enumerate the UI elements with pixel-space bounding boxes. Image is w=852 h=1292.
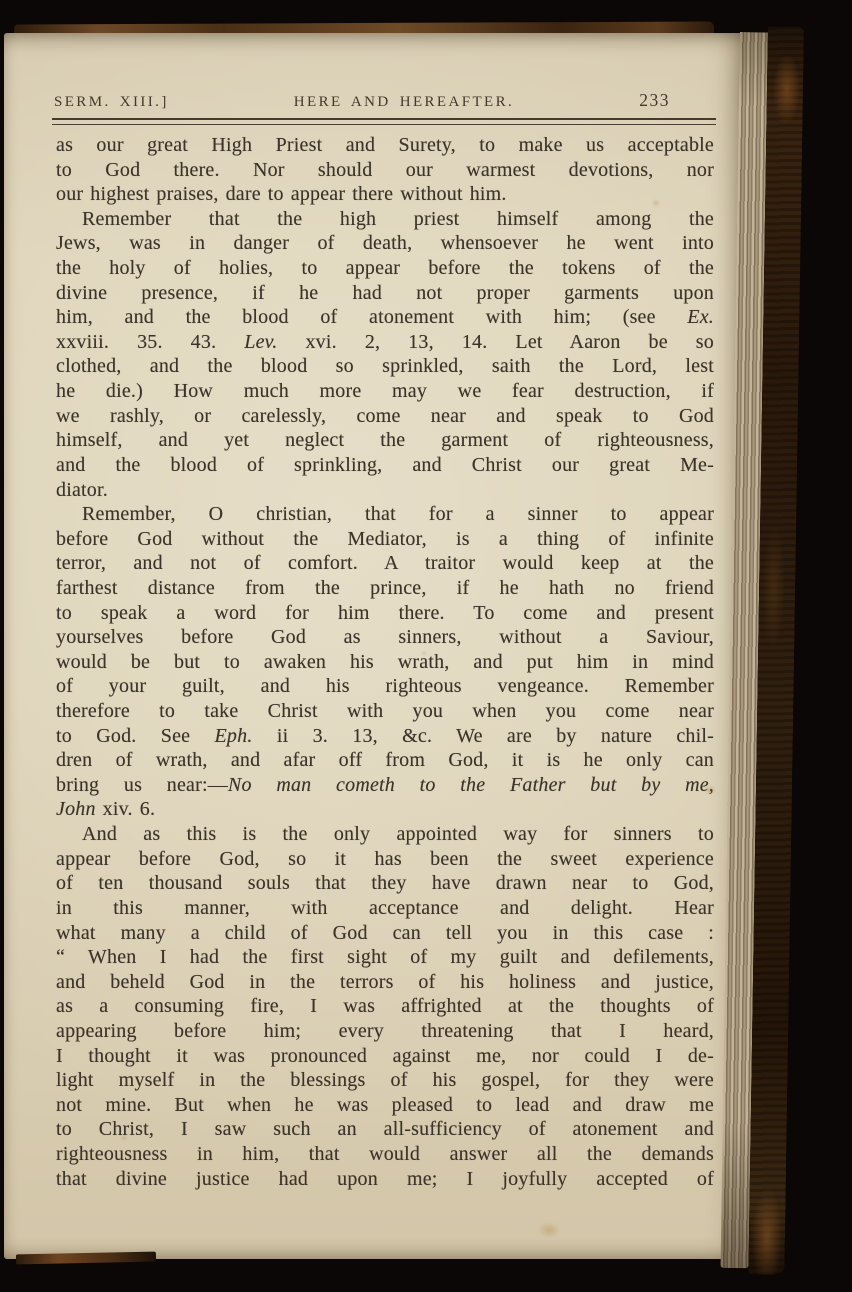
text-line: Remember that the high priest himself am…: [56, 207, 714, 232]
text-line: yourselves before God as sinners, withou…: [56, 625, 714, 650]
text-segment: xxviii. 35. 43.: [56, 331, 244, 353]
text-line: the holy of holies, to appear before the…: [56, 256, 714, 281]
text-line: clothed, and the blood so sprinkled, sai…: [56, 354, 714, 379]
text-line: appear before God, so it has been the sw…: [56, 847, 714, 872]
text-line: to Christ, I saw such an all-sufficiency…: [56, 1117, 714, 1142]
text-segment: what many a child of God can tell you in…: [56, 922, 714, 944]
text-line: himself, and yet neglect the garment of …: [56, 428, 714, 453]
text-segment: light myself in the blessings of his gos…: [56, 1069, 714, 1091]
page-lines: as our great High Priest and Surety, to …: [56, 133, 714, 1191]
header-title: HERE AND HEREAFTER.: [294, 94, 514, 111]
text-line: dren of wrath, and afar off from God, it…: [56, 748, 714, 773]
text-segment: ii 3. 13, &c. We are by nature chil-: [253, 725, 714, 747]
text-segment: diator.: [56, 479, 108, 501]
italic-text-segment: Eph.: [215, 725, 253, 747]
text-line: And as this is the only appointed way fo…: [56, 822, 714, 847]
text-segment: as a consuming fire, I was affrighted at…: [56, 995, 714, 1017]
text-segment: that divine justice had upon me; I joyfu…: [56, 1168, 714, 1190]
text-line: Remember, O christian, that for a sinner…: [56, 502, 714, 527]
text-line: to speak a word for him there. To come a…: [56, 601, 714, 626]
text-line: that divine justice had upon me; I joyfu…: [56, 1167, 714, 1192]
text-segment: as our great High Priest and Surety, to …: [56, 134, 714, 156]
text-line: therefore to take Christ with you when y…: [56, 699, 714, 724]
text-line: terror, and not of comfort. A traitor wo…: [56, 551, 714, 576]
text-line: I thought it was pronounced against me, …: [56, 1044, 714, 1069]
italic-text-segment: John: [56, 798, 96, 820]
text-segment: and the blood of sprinkling, and Christ …: [56, 454, 714, 476]
text-line: what many a child of God can tell you in…: [56, 921, 714, 946]
header-sermon-number: SERM. XIII.]: [54, 94, 169, 111]
text-segment: farthest distance from the prince, if he…: [56, 577, 714, 599]
running-header: SERM. XIII.] HERE AND HEREAFTER. 233: [54, 90, 670, 111]
text-segment: to Christ, I saw such an all-sufficiency…: [56, 1118, 714, 1140]
text-line: righteousness in him, that would answer …: [56, 1142, 714, 1167]
text-line: as our great High Priest and Surety, to …: [56, 133, 714, 158]
page-number: 233: [639, 90, 670, 111]
text-line: and the blood of sprinkling, and Christ …: [56, 453, 714, 478]
text-line: xxviii. 35. 43. Lev. xvi. 2, 13, 14. Let…: [56, 330, 714, 355]
text-line: of your guilt, and his righteous vengean…: [56, 674, 714, 699]
italic-text-segment: Ex.: [687, 306, 714, 328]
text-line: divine presence, if he had not proper ga…: [56, 281, 714, 306]
text-segment: our highest praises, dare to appear ther…: [56, 183, 507, 205]
text-line: to God there. Nor should our warmest dev…: [56, 158, 714, 183]
text-segment: appearing before him; every threatening …: [56, 1020, 714, 1042]
text-segment: in this manner, with acceptance and deli…: [56, 897, 714, 919]
text-segment: divine presence, if he had not proper ga…: [56, 282, 714, 304]
text-segment: therefore to take Christ with you when y…: [56, 700, 714, 722]
text-line: as a consuming fire, I was affrighted at…: [56, 994, 714, 1019]
text-line: of ten thousand souls that they have dra…: [56, 871, 714, 896]
text-segment: before God without the Mediator, is a th…: [56, 528, 714, 550]
text-line: appearing before him; every threatening …: [56, 1019, 714, 1044]
text-line: he die.) How much more may we fear destr…: [56, 379, 714, 404]
text-segment: he die.) How much more may we fear destr…: [56, 380, 714, 402]
text-line: Jews, was in danger of death, whensoever…: [56, 231, 714, 256]
text-segment: of your guilt, and his righteous vengean…: [56, 675, 714, 697]
text-segment: And as this is the only appointed way fo…: [82, 823, 714, 845]
text-segment: xvi. 2, 13, 14. Let Aaron be so: [277, 331, 714, 353]
text-segment: to speak a word for him there. To come a…: [56, 602, 714, 624]
text-line: John xiv. 6.: [56, 797, 714, 822]
text-segment: clothed, and the blood so sprinkled, sai…: [56, 355, 714, 377]
text-line: him, and the blood of atonement with him…: [56, 305, 714, 330]
text-segment: terror, and not of comfort. A traitor wo…: [56, 552, 714, 574]
text-segment: dren of wrath, and afar off from God, it…: [56, 749, 714, 771]
text-line: not mine. But when he was pleased to lea…: [56, 1093, 714, 1118]
text-segment: righteousness in him, that would answer …: [56, 1143, 714, 1165]
text-segment: would be but to awaken his wrath, and pu…: [56, 651, 714, 673]
text-line: and beheld God in the terrors of his hol…: [56, 970, 714, 995]
text-segment: to God there. Nor should our warmest dev…: [56, 159, 714, 181]
text-segment: to God. See: [56, 725, 215, 747]
text-segment: Remember that the high priest himself am…: [82, 208, 714, 230]
text-segment: himself, and yet neglect the garment of …: [56, 429, 714, 451]
header-double-rule: [52, 118, 716, 125]
text-segment: Jews, was in danger of death, whensoever…: [56, 232, 714, 254]
text-line: farthest distance from the prince, if he…: [56, 576, 714, 601]
text-segment: Remember, O christian, that for a sinner…: [82, 503, 714, 525]
text-segment: of ten thousand souls that they have dra…: [56, 872, 714, 894]
text-line: light myself in the blessings of his gos…: [56, 1068, 714, 1093]
text-segment: I thought it was pronounced against me, …: [56, 1045, 714, 1067]
text-segment: xiv. 6.: [96, 798, 155, 820]
text-segment: him, and the blood of atonement with him…: [56, 306, 687, 328]
text-segment: we rashly, or carelessly, come near and …: [56, 405, 714, 427]
text-line: “ When I had the first sight of my guilt…: [56, 945, 714, 970]
text-line: before God without the Mediator, is a th…: [56, 527, 714, 552]
text-segment: bring us near:—: [56, 774, 228, 796]
text-segment: and beheld God in the terrors of his hol…: [56, 971, 714, 993]
cover-corner-sliver: [16, 1252, 156, 1265]
text-segment: “ When I had the first sight of my guilt…: [56, 946, 714, 968]
text-line: to God. See Eph. ii 3. 13, &c. We are by…: [56, 724, 714, 749]
italic-text-segment: No man cometh to the Father but by me,: [228, 774, 714, 796]
text-segment: the holy of holies, to appear before the…: [56, 257, 714, 279]
text-line: would be but to awaken his wrath, and pu…: [56, 650, 714, 675]
text-segment: not mine. But when he was pleased to lea…: [56, 1094, 714, 1116]
text-line: in this manner, with acceptance and deli…: [56, 896, 714, 921]
book-page: SERM. XIII.] HERE AND HEREAFTER. 233 as …: [4, 33, 742, 1259]
text-line: we rashly, or carelessly, come near and …: [56, 404, 714, 429]
text-line: our highest praises, dare to appear ther…: [56, 182, 714, 207]
text-segment: yourselves before God as sinners, withou…: [56, 626, 714, 648]
text-line: bring us near:—No man cometh to the Fath…: [56, 773, 714, 798]
book-scan-scene: SERM. XIII.] HERE AND HEREAFTER. 233 as …: [0, 0, 852, 1292]
italic-text-segment: Lev.: [244, 331, 277, 353]
text-segment: appear before God, so it has been the sw…: [56, 848, 714, 870]
text-line: diator.: [56, 478, 714, 503]
